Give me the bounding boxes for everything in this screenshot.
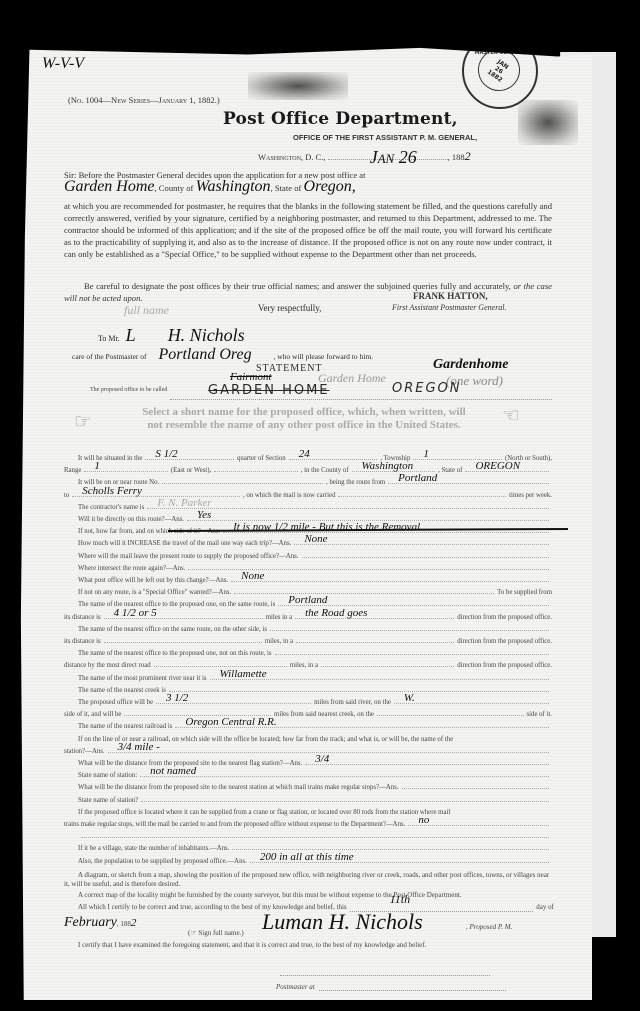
struck-name-garden-home: GARDEN HOME bbox=[208, 383, 330, 398]
row-label: State name of station? bbox=[78, 797, 138, 804]
handwritten-answer: OREGON bbox=[475, 460, 520, 472]
month-year-line: February, 1882 bbox=[64, 915, 136, 931]
statement-row: What post office will be left out by thi… bbox=[64, 572, 552, 584]
county-handwritten: Washington bbox=[196, 178, 271, 195]
answer-field: 3/4 bbox=[305, 754, 549, 765]
statement-row: its distance is4 1/2 or 5miles in athe R… bbox=[64, 609, 552, 621]
handwritten-answer: 3 1/2 bbox=[166, 692, 188, 704]
answer-field bbox=[338, 486, 506, 497]
forward-label: , who will please forward to him. bbox=[274, 352, 374, 361]
answer-field: the Road goes bbox=[295, 608, 454, 619]
handwritten-answer: Willamette bbox=[220, 668, 267, 680]
answer-field: Portland bbox=[278, 595, 549, 606]
answer-field: Washington bbox=[352, 461, 436, 472]
handwritten-answer: Washington bbox=[362, 460, 414, 472]
statement-row: How much will it INCREASE the travel of … bbox=[64, 535, 552, 547]
ink-smudge bbox=[248, 72, 348, 100]
answer-field bbox=[124, 705, 271, 716]
answer-field bbox=[169, 681, 549, 692]
proposed-label: The proposed office to be called bbox=[90, 387, 167, 393]
row-label: Range bbox=[64, 467, 81, 474]
answer-field bbox=[402, 778, 550, 789]
office-name-handwritten: Garden Home bbox=[64, 178, 155, 195]
answer-field: None bbox=[231, 571, 549, 582]
row-label: The name of the nearest creek is bbox=[78, 687, 166, 694]
statement-row: Also, the population to be supplied by p… bbox=[64, 853, 552, 865]
handwritten-answer: 1 bbox=[423, 448, 429, 460]
statement-row: toScholls Ferry, on which the mail is no… bbox=[64, 487, 552, 499]
row-label: side of it, and will be bbox=[64, 711, 121, 718]
row-label: Also, the population to be supplied by p… bbox=[78, 858, 247, 865]
handwritten-answer: 1 bbox=[94, 460, 100, 472]
handwritten-answer: Portland bbox=[398, 472, 437, 484]
handwritten-answer: None bbox=[241, 570, 264, 582]
year-handwritten: 2 bbox=[465, 149, 471, 163]
ink-smudge bbox=[518, 100, 578, 145]
answer-field: Yes bbox=[187, 510, 549, 521]
answer-field bbox=[234, 583, 494, 594]
answer-field bbox=[275, 644, 549, 655]
answer-field bbox=[302, 547, 549, 558]
statement-row: Where intersect the route again?—Ans. bbox=[64, 560, 552, 572]
answer-field: no bbox=[408, 815, 549, 826]
handwritten-answer: Yes bbox=[197, 509, 211, 521]
statement-row: The name of the most prominent river nea… bbox=[64, 670, 552, 682]
answer-field: W. bbox=[394, 693, 549, 704]
answer-field bbox=[214, 461, 298, 472]
proposed-pm-label: , Proposed P. M. bbox=[466, 923, 512, 931]
to-line: To Mr. L H. Nichols bbox=[98, 325, 245, 346]
answer-field bbox=[321, 656, 454, 667]
instructions-paragraph: at which you are recommended for postmas… bbox=[64, 200, 552, 260]
care-postmaster: Portland Oreg bbox=[158, 346, 251, 363]
handwritten-answer: 24 bbox=[299, 448, 310, 460]
map-note: A correct map of the locality might be f… bbox=[78, 891, 548, 900]
row-label: State name of station: bbox=[78, 772, 137, 779]
answer-field bbox=[270, 620, 549, 631]
row-label: distance by the most direct road bbox=[64, 662, 151, 669]
row-label: to bbox=[64, 492, 69, 499]
handwritten-answer: 200 in all at this time bbox=[260, 851, 354, 863]
statement-row: The name of the nearest creek is bbox=[64, 682, 552, 694]
applicant-signature: Luman H. Nichols bbox=[262, 909, 423, 935]
postmaster-at-label: Postmaster at bbox=[276, 983, 315, 991]
answer-field: 1 bbox=[84, 461, 168, 472]
year-prefix: 188 bbox=[452, 152, 465, 162]
row-label: Will it be directly on this route?—Ans. bbox=[78, 516, 184, 523]
certify-year: 2 bbox=[131, 917, 137, 929]
signer-name: FRANK HATTON, bbox=[413, 291, 488, 301]
answer-field: F. N. Parker bbox=[147, 498, 549, 509]
answer-field: Scholls Ferry bbox=[72, 486, 240, 497]
department-title: Post Office Department, bbox=[223, 109, 458, 129]
closing-text: Very respectfully, bbox=[258, 303, 321, 313]
diagram-note: A diagram, or sketch from a map, showing… bbox=[64, 871, 552, 889]
statement-row: The name of the nearest office on the sa… bbox=[64, 621, 552, 633]
corner-mark: G. bbox=[558, 39, 568, 50]
handwritten-answer: None bbox=[304, 533, 327, 545]
statement-row: The name of the nearest railroad isOrego… bbox=[64, 718, 552, 730]
state-handwritten: Oregon, bbox=[304, 178, 356, 195]
care-label: care of the Postmaster of bbox=[72, 352, 147, 361]
row-label: If it be a village, state the number of … bbox=[78, 845, 229, 852]
answer-field bbox=[154, 656, 287, 667]
answer-field bbox=[104, 632, 262, 643]
signer-title: First Assistant Postmaster General. bbox=[392, 303, 507, 312]
answer-field: not named bbox=[140, 766, 549, 777]
struck-name-fairmont: Fairmont bbox=[230, 371, 272, 383]
state-oregon: OREGON bbox=[392, 381, 462, 396]
handwritten-answer: Portland bbox=[288, 594, 327, 606]
certify-day: 11th bbox=[390, 895, 410, 904]
certify-month: February bbox=[64, 915, 117, 930]
handwritten-answer: not named bbox=[150, 765, 196, 777]
handwritten-answer: the Road goes bbox=[305, 607, 367, 619]
answer-field: 4 1/2 or 5 bbox=[104, 608, 263, 619]
statement-row: What will be the distance from the propo… bbox=[64, 779, 552, 791]
statement-row: its distance ismiles, in adirection from… bbox=[64, 633, 552, 645]
row-label: its distance is bbox=[64, 614, 101, 621]
statement-row: State name of station:not named bbox=[64, 767, 552, 779]
certifier-signature-line bbox=[280, 975, 490, 976]
statement-row: The proposed office will be3 1/2miles fr… bbox=[64, 694, 552, 706]
handwritten-answer: 3/4 mile - bbox=[118, 741, 160, 753]
answer-field bbox=[296, 632, 454, 643]
office-location-line: Garden Home, County of Washington, State… bbox=[64, 181, 554, 194]
statement-row: The name of the nearest office to the pr… bbox=[64, 645, 552, 657]
sign-label: (☞ Sign full name.) bbox=[188, 929, 244, 937]
answer-field: S 1/2 bbox=[145, 449, 234, 460]
name-line bbox=[170, 399, 552, 400]
to-label: To Mr. bbox=[98, 334, 120, 343]
row-label: If the proposed office is located where … bbox=[78, 809, 450, 816]
statement-row: side of it, and will bemiles from said n… bbox=[64, 706, 552, 718]
pointing-hand-left-icon: ☞ bbox=[74, 409, 92, 434]
answer-field bbox=[377, 705, 524, 716]
naming-notice: Select a short name for the proposed off… bbox=[114, 406, 494, 432]
answer-field bbox=[141, 791, 549, 802]
row-label: station?—Ans. bbox=[64, 748, 105, 755]
statement-row: trains make regular stops, will the mail… bbox=[64, 816, 552, 828]
handwritten-answer: F. N. Parker bbox=[157, 497, 211, 509]
statement-row: State name of station? bbox=[64, 792, 552, 804]
caution-text: Be careful to designate the post offices… bbox=[84, 281, 511, 291]
statement-row: Where will the mail leave the present ro… bbox=[64, 548, 552, 560]
statement-row: Range1(East or West),, in the County ofW… bbox=[64, 462, 552, 474]
row-label: If not on any route, is a "Special Offic… bbox=[78, 589, 231, 596]
answer-field: Portland bbox=[388, 473, 549, 484]
form-number: (No. 1004—New Series—January 1, 1882.) bbox=[68, 95, 220, 105]
pencil-correction: Gardenhome bbox=[433, 357, 508, 373]
postmaster-office-line bbox=[354, 1000, 524, 1001]
handwritten-answer: Oregon Central R.R. bbox=[185, 716, 276, 728]
pencil-note-full-name: full name bbox=[124, 303, 169, 318]
pointing-hand-right-icon: ☜ bbox=[502, 403, 520, 428]
answer-field: 200 in all at this time bbox=[250, 852, 549, 863]
state-label: , State of bbox=[271, 183, 302, 193]
postmaster-at-line: Postmaster at bbox=[276, 983, 506, 991]
row-label: The contractor's name is bbox=[78, 504, 144, 511]
answer-field bbox=[81, 827, 549, 838]
statement-row: What will be the distance from the propo… bbox=[64, 755, 552, 767]
answer-field bbox=[232, 839, 549, 850]
date-handwritten: Jan 26 bbox=[370, 147, 417, 168]
answer-field: 1 bbox=[413, 449, 502, 460]
statement-row: distance by the most direct roadmiles, i… bbox=[64, 657, 552, 669]
to-initial: L bbox=[126, 325, 136, 345]
answer-field: 24 bbox=[289, 449, 378, 460]
handwritten-answer: 3/4 bbox=[315, 753, 329, 765]
answer-field: None bbox=[294, 534, 549, 545]
handwritten-answer: W. bbox=[404, 692, 415, 704]
row-label: What post office will be left out by thi… bbox=[78, 577, 228, 584]
day-of-label: day of bbox=[536, 903, 554, 912]
county-label: , County of bbox=[155, 183, 194, 193]
answer-field: 3 1/2 bbox=[156, 693, 311, 704]
received-stamp: OFFICE OF FIRST ASSISTANT POST MASTER GE… bbox=[462, 33, 538, 109]
document-page: W-V-V OFFICE OF FIRST ASSISTANT POST MAS… bbox=[18, 45, 592, 1000]
row-label: The name of the nearest railroad is bbox=[78, 723, 172, 730]
row-label: How much will it INCREASE the travel of … bbox=[78, 540, 291, 547]
office-subtitle: OFFICE OF THE FIRST ASSISTANT P. M. GENE… bbox=[293, 133, 477, 142]
statement-row bbox=[64, 828, 552, 840]
margin-note: W-V-V bbox=[42, 55, 84, 73]
statement-row: If the proposed office is located where … bbox=[64, 804, 552, 816]
statement-row: station?—Ans.3/4 mile - bbox=[64, 743, 552, 755]
answer-field: 3/4 mile - bbox=[108, 742, 549, 753]
notice-line-1: Select a short name for the proposed off… bbox=[114, 406, 494, 419]
handwritten-answer: Scholls Ferry bbox=[82, 485, 142, 497]
handwritten-answer: S 1/2 bbox=[155, 448, 177, 460]
to-name: H. Nichols bbox=[168, 325, 245, 345]
answer-field bbox=[162, 473, 323, 484]
handwritten-answer: no bbox=[418, 814, 429, 826]
row-label: its distance is bbox=[64, 638, 101, 645]
notice-line-2: not resemble the name of any other post … bbox=[114, 419, 494, 432]
answer-field bbox=[188, 559, 549, 570]
answer-field: Oregon Central R.R. bbox=[175, 717, 549, 728]
year-label: , 188 bbox=[117, 920, 131, 928]
row-label: Where intersect the route again?—Ans. bbox=[78, 565, 185, 572]
location-line: Washington, D. C., Jan 26 , 1882 bbox=[258, 149, 471, 164]
answer-field: Willamette bbox=[210, 669, 549, 680]
neighbor-certification: I certify that I have examined the foreg… bbox=[78, 941, 558, 950]
answer-field: OREGON bbox=[465, 461, 549, 472]
care-line: care of the Postmaster of Portland Oreg … bbox=[72, 346, 373, 364]
handwritten-answer: 4 1/2 or 5 bbox=[114, 607, 157, 619]
statement-row: The contractor's name isF. N. Parker bbox=[64, 499, 552, 511]
location-label: Washington, D. C., bbox=[258, 152, 325, 162]
